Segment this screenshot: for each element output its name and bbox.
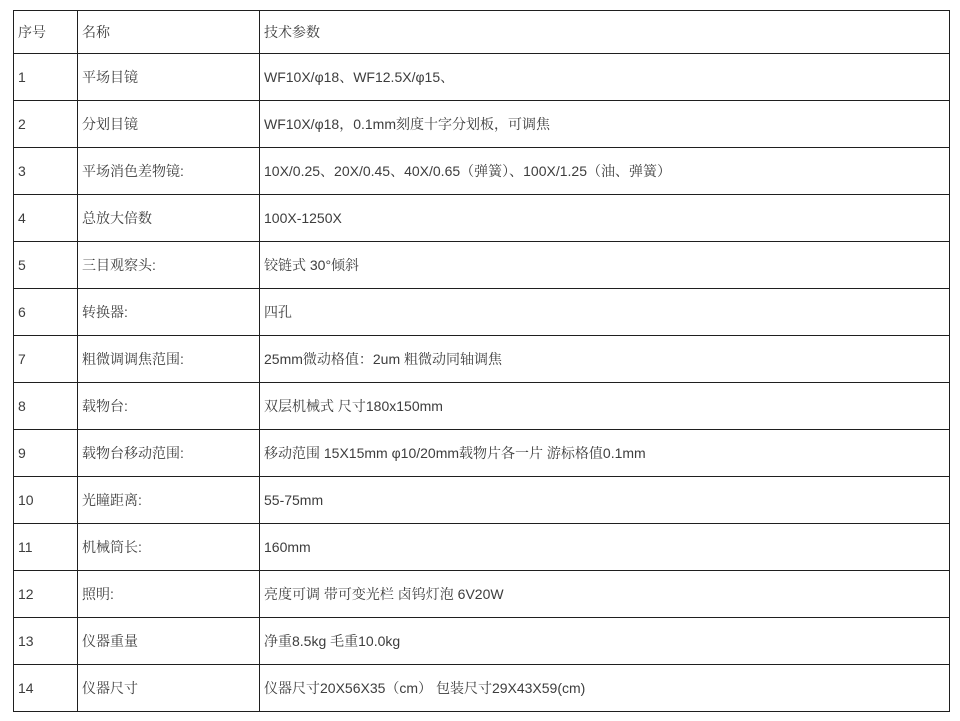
column-header-name: 名称 xyxy=(78,11,260,54)
table-row: 1 平场目镜 WF10X/φ18、WF12.5X/φ15、 xyxy=(14,54,950,101)
cell-name: 分划目镜 xyxy=(78,101,260,148)
cell-parameters: WF10X/φ18、WF12.5X/φ15、 xyxy=(260,54,950,101)
table-row: 13 仪器重量 净重8.5kg 毛重10.0kg xyxy=(14,618,950,665)
cell-name: 总放大倍数 xyxy=(78,195,260,242)
cell-index: 4 xyxy=(14,195,78,242)
table-row: 4 总放大倍数 100X-1250X xyxy=(14,195,950,242)
table-row: 2 分划目镜 WF10X/φ18，0.1mm刻度十字分划板，可调焦 xyxy=(14,101,950,148)
table-row: 8 载物台: 双层机械式 尺寸180x150mm xyxy=(14,383,950,430)
spec-table-container: 序号 名称 技术参数 1 平场目镜 WF10X/φ18、WF12.5X/φ15、… xyxy=(13,10,950,712)
cell-name: 光瞳距离: xyxy=(78,477,260,524)
cell-parameters: 仪器尺寸20X56X35（cm） 包装尺寸29X43X59(cm) xyxy=(260,665,950,712)
cell-parameters: 双层机械式 尺寸180x150mm xyxy=(260,383,950,430)
cell-name: 照明: xyxy=(78,571,260,618)
cell-index: 2 xyxy=(14,101,78,148)
cell-parameters: 10X/0.25、20X/0.45、40X/0.65（弹簧）、100X/1.25… xyxy=(260,148,950,195)
cell-name: 机械筒长: xyxy=(78,524,260,571)
table-row: 3 平场消色差物镜: 10X/0.25、20X/0.45、40X/0.65（弹簧… xyxy=(14,148,950,195)
cell-index: 14 xyxy=(14,665,78,712)
cell-parameters: 铰链式 30°倾斜 xyxy=(260,242,950,289)
column-header-parameters: 技术参数 xyxy=(260,11,950,54)
column-header-index: 序号 xyxy=(14,11,78,54)
table-row: 10 光瞳距离: 55-75mm xyxy=(14,477,950,524)
cell-index: 11 xyxy=(14,524,78,571)
cell-index: 6 xyxy=(14,289,78,336)
cell-parameters: 55-75mm xyxy=(260,477,950,524)
cell-index: 9 xyxy=(14,430,78,477)
table-row: 6 转换器: 四孔 xyxy=(14,289,950,336)
cell-parameters: 100X-1250X xyxy=(260,195,950,242)
cell-index: 10 xyxy=(14,477,78,524)
cell-index: 8 xyxy=(14,383,78,430)
table-row: 9 载物台移动范围: 移动范围 15X15mm φ10/20mm载物片各一片 游… xyxy=(14,430,950,477)
cell-index: 1 xyxy=(14,54,78,101)
table-row: 11 机械筒长: 160mm xyxy=(14,524,950,571)
cell-index: 12 xyxy=(14,571,78,618)
cell-name: 转换器: xyxy=(78,289,260,336)
cell-parameters: 25mm微动格值：2um 粗微动同轴调焦 xyxy=(260,336,950,383)
spec-table: 序号 名称 技术参数 1 平场目镜 WF10X/φ18、WF12.5X/φ15、… xyxy=(13,10,950,712)
cell-name: 平场消色差物镜: xyxy=(78,148,260,195)
cell-parameters: 亮度可调 带可变光栏 卤钨灯泡 6V20W xyxy=(260,571,950,618)
cell-index: 3 xyxy=(14,148,78,195)
header-row: 序号 名称 技术参数 xyxy=(14,11,950,54)
table-body: 1 平场目镜 WF10X/φ18、WF12.5X/φ15、 2 分划目镜 WF1… xyxy=(14,54,950,712)
cell-parameters: 移动范围 15X15mm φ10/20mm载物片各一片 游标格值0.1mm xyxy=(260,430,950,477)
cell-parameters: 160mm xyxy=(260,524,950,571)
cell-name: 平场目镜 xyxy=(78,54,260,101)
table-row: 12 照明: 亮度可调 带可变光栏 卤钨灯泡 6V20W xyxy=(14,571,950,618)
table-row: 7 粗微调调焦范围: 25mm微动格值：2um 粗微动同轴调焦 xyxy=(14,336,950,383)
cell-parameters: 净重8.5kg 毛重10.0kg xyxy=(260,618,950,665)
cell-name: 仪器尺寸 xyxy=(78,665,260,712)
cell-parameters: WF10X/φ18，0.1mm刻度十字分划板，可调焦 xyxy=(260,101,950,148)
cell-index: 7 xyxy=(14,336,78,383)
cell-parameters: 四孔 xyxy=(260,289,950,336)
cell-name: 仪器重量 xyxy=(78,618,260,665)
cell-index: 13 xyxy=(14,618,78,665)
table-row: 5 三目观察头: 铰链式 30°倾斜 xyxy=(14,242,950,289)
table-row: 14 仪器尺寸 仪器尺寸20X56X35（cm） 包装尺寸29X43X59(cm… xyxy=(14,665,950,712)
cell-name: 载物台: xyxy=(78,383,260,430)
cell-name: 载物台移动范围: xyxy=(78,430,260,477)
cell-index: 5 xyxy=(14,242,78,289)
cell-name: 粗微调调焦范围: xyxy=(78,336,260,383)
table-header: 序号 名称 技术参数 xyxy=(14,11,950,54)
cell-name: 三目观察头: xyxy=(78,242,260,289)
